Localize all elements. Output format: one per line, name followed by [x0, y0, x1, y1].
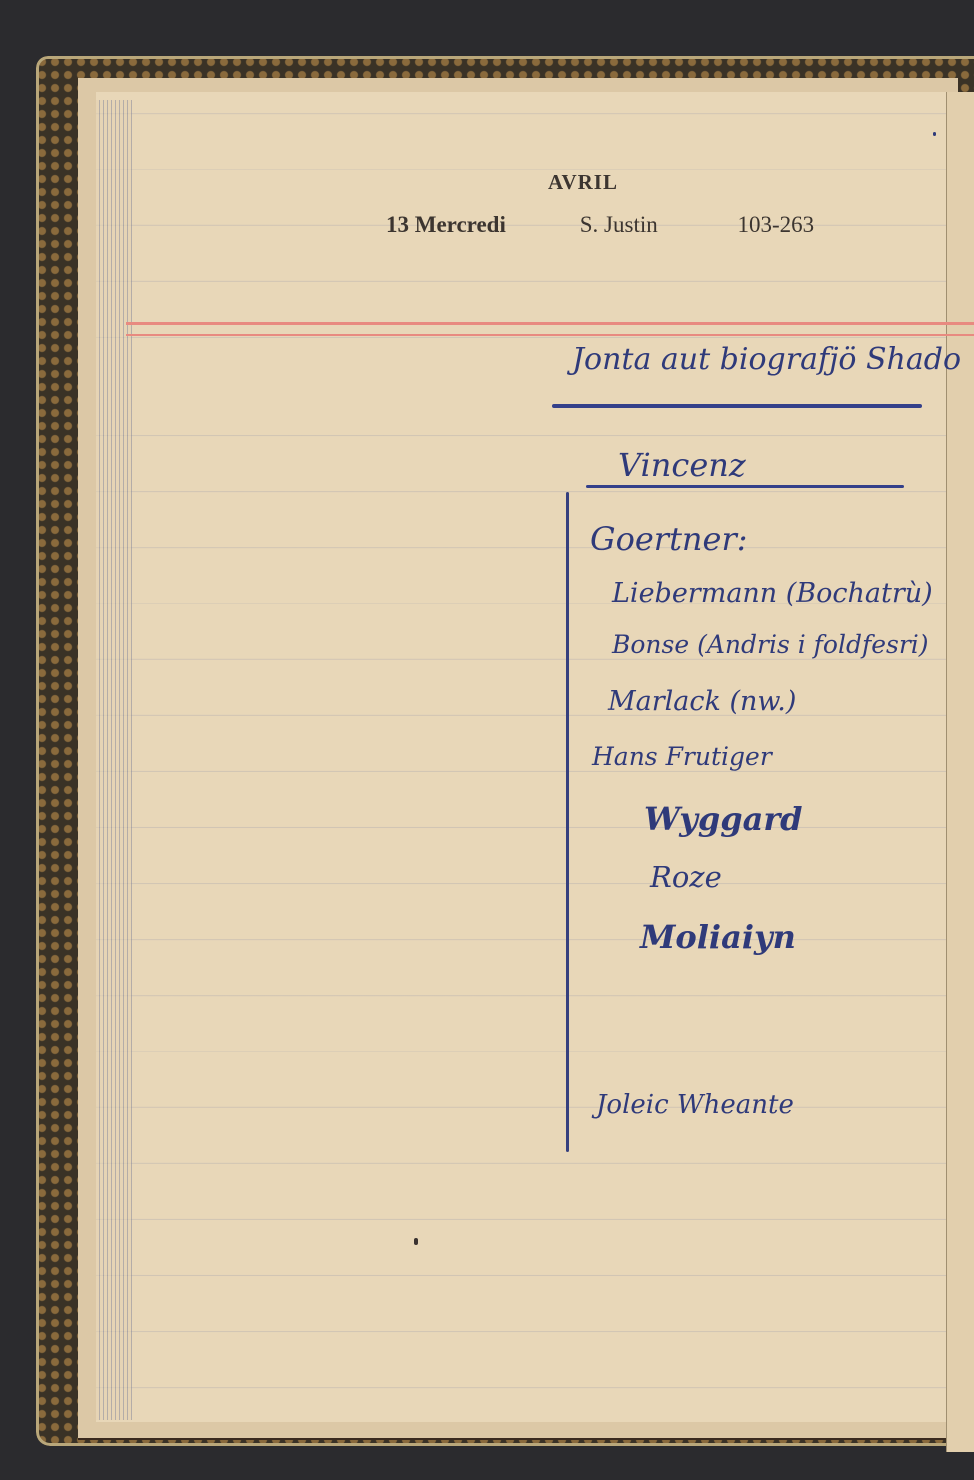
- page-stack-edges: [96, 100, 132, 1420]
- month-heading: AVRIL: [548, 170, 618, 195]
- day-number: 103-263: [738, 212, 815, 238]
- day-label: 13 Mercredi: [386, 212, 574, 238]
- handwritten-bracket-line: [566, 492, 569, 1152]
- list-entry: Marlack (nw.): [608, 686, 796, 717]
- handwritten-title: Jonta aut biografjö Shado: [572, 342, 961, 377]
- ink-speck: [414, 1238, 418, 1245]
- margin-rule-bottom: [126, 334, 974, 336]
- subtitle-underline: [586, 485, 904, 488]
- handwritten-subtitle: Vincenz: [618, 446, 746, 484]
- list-entry: Hans Frutiger: [592, 742, 772, 771]
- handwritten-footer-note: Joleic Wheante: [596, 1090, 794, 1120]
- date-line: 13 Mercredi S. Justin 103-263: [386, 212, 814, 238]
- diary-page: [96, 92, 946, 1422]
- title-underline: [552, 404, 922, 408]
- list-entry: Moliaiyn: [640, 918, 796, 956]
- list-entry: Wyggard: [644, 800, 803, 838]
- list-entry: Liebermann (Bochatrù): [612, 578, 933, 609]
- list-entry: Roze: [650, 860, 722, 894]
- facing-page-edge: [946, 92, 974, 1452]
- margin-rule-top: [126, 322, 974, 325]
- list-heading: Goertner:: [590, 520, 748, 558]
- ink-speck: [933, 132, 936, 136]
- saint-name: S. Justin: [580, 212, 732, 238]
- list-entry: Bonse (Andris i foldfesri): [612, 630, 929, 659]
